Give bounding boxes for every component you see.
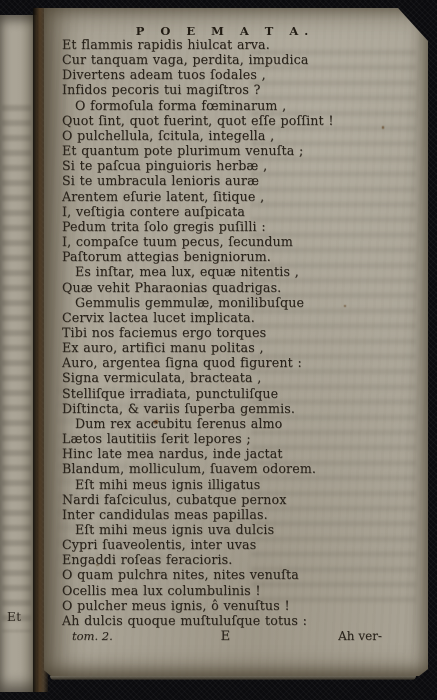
poem-line: Engaddi roſeas feracioris.	[62, 552, 388, 567]
poem-line: Dum rex accubitu ſerenus almo	[62, 416, 388, 431]
page-footer: tom. 2. E Ah ver-	[62, 629, 388, 645]
poem-line: Eſt mihi meus ignis uva dulcis	[62, 522, 388, 537]
poem-line: Si te umbracula lenioris auræ	[62, 173, 388, 188]
facing-page-word: Et	[7, 610, 22, 624]
poem-line: Lætos lautitiis ſerit lepores ;	[62, 431, 388, 446]
page-bottom-edge	[50, 676, 416, 680]
poem-line: Diſtincta, & variis ſuperba gemmis.	[62, 401, 388, 416]
poem-text: Et flammis rapidis hiulcat arva. Cur tan…	[62, 37, 388, 628]
poem-line: O quam pulchra nites, nites venuſta	[62, 567, 388, 582]
poem-line: Hinc late mea nardus, inde jactat	[62, 446, 388, 461]
poem-line: Pedum trita ſolo gregis puſilli :	[62, 219, 388, 234]
poem-line: O pulcher meus ignis, ô venuſtus !	[62, 598, 388, 613]
poem-line: Blandum, molliculum, ſuavem odorem.	[62, 461, 388, 476]
poem-line: Gemmulis gemmulæ, monilibuſque	[62, 295, 388, 310]
poem-line: I, veſtigia contere auſpicata	[62, 204, 388, 219]
volume-label: tom. 2.	[62, 629, 113, 643]
facing-page-text-texture	[2, 105, 31, 632]
poem-line: Ah dulcis quoque muſtuluſque totus :	[62, 613, 388, 628]
poem-line: Infidos pecoris tui magiſtros ?	[62, 82, 388, 97]
poem-line: Es inſtar, mea lux, equæ nitentis ,	[62, 264, 388, 279]
poem-line: Cypri ſuaveolentis, inter uvas	[62, 537, 388, 552]
poem-line: Ocellis mea lux columbulinis !	[62, 583, 388, 598]
poem-line: O pulchellula, ſcitula, integella ,	[62, 128, 388, 143]
poem-line: I, compaſce tuum pecus, ſecundum	[62, 234, 388, 249]
poem-line: O formoſula forma fœminarum ,	[62, 98, 388, 113]
photo-background: Et P O E M A T A. Et flammis rapidis hiu…	[0, 0, 437, 700]
poem-line: Et flammis rapidis hiulcat arva.	[62, 37, 388, 52]
poem-line: Quot ſint, quot fuerint, quot eſſe poſſi…	[62, 113, 388, 128]
poem-line: Et quantum pote plurimum venuſta ;	[62, 143, 388, 158]
poem-line: Ex auro, artifici manu politas ,	[62, 340, 388, 355]
poem-line: Si te paſcua pinguioris herbæ ,	[62, 158, 388, 173]
catchword: Ah ver-	[338, 629, 388, 643]
signature-mark: E	[221, 629, 231, 644]
poem-line: Inter candidulas meas papillas.	[62, 507, 388, 522]
facing-page-edge	[0, 15, 37, 692]
poem-line: Tibi nos faciemus ergo torques	[62, 325, 388, 340]
poem-line: Eſt mihi meus ignis illigatus	[62, 477, 388, 492]
book-page: P O E M A T A. Et flammis rapidis hiulca…	[44, 8, 428, 676]
poem-line: Arentem eſurie latent, ſitique ,	[62, 189, 388, 204]
poem-line: Signa vermiculata, bracteata ,	[62, 370, 388, 385]
poem-line: Divertens adeam tuos ſodales ,	[62, 67, 388, 82]
poem-line: Paſtorum attegias benigniorum.	[62, 249, 388, 264]
poem-line: Cervix lactea lucet implicata.	[62, 310, 388, 325]
poem-line: Cur tanquam vaga, perdita, impudica	[62, 52, 388, 67]
poem-line: Auro, argentea ſigna quod figurent :	[62, 355, 388, 370]
poem-line: Nardi faſciculus, cubatque pernox	[62, 492, 388, 507]
poem-line: Stelliſque irradiata, punctuliſque	[62, 386, 388, 401]
poem-line: Quæ vehit Pharaonias quadrigas.	[62, 280, 388, 295]
